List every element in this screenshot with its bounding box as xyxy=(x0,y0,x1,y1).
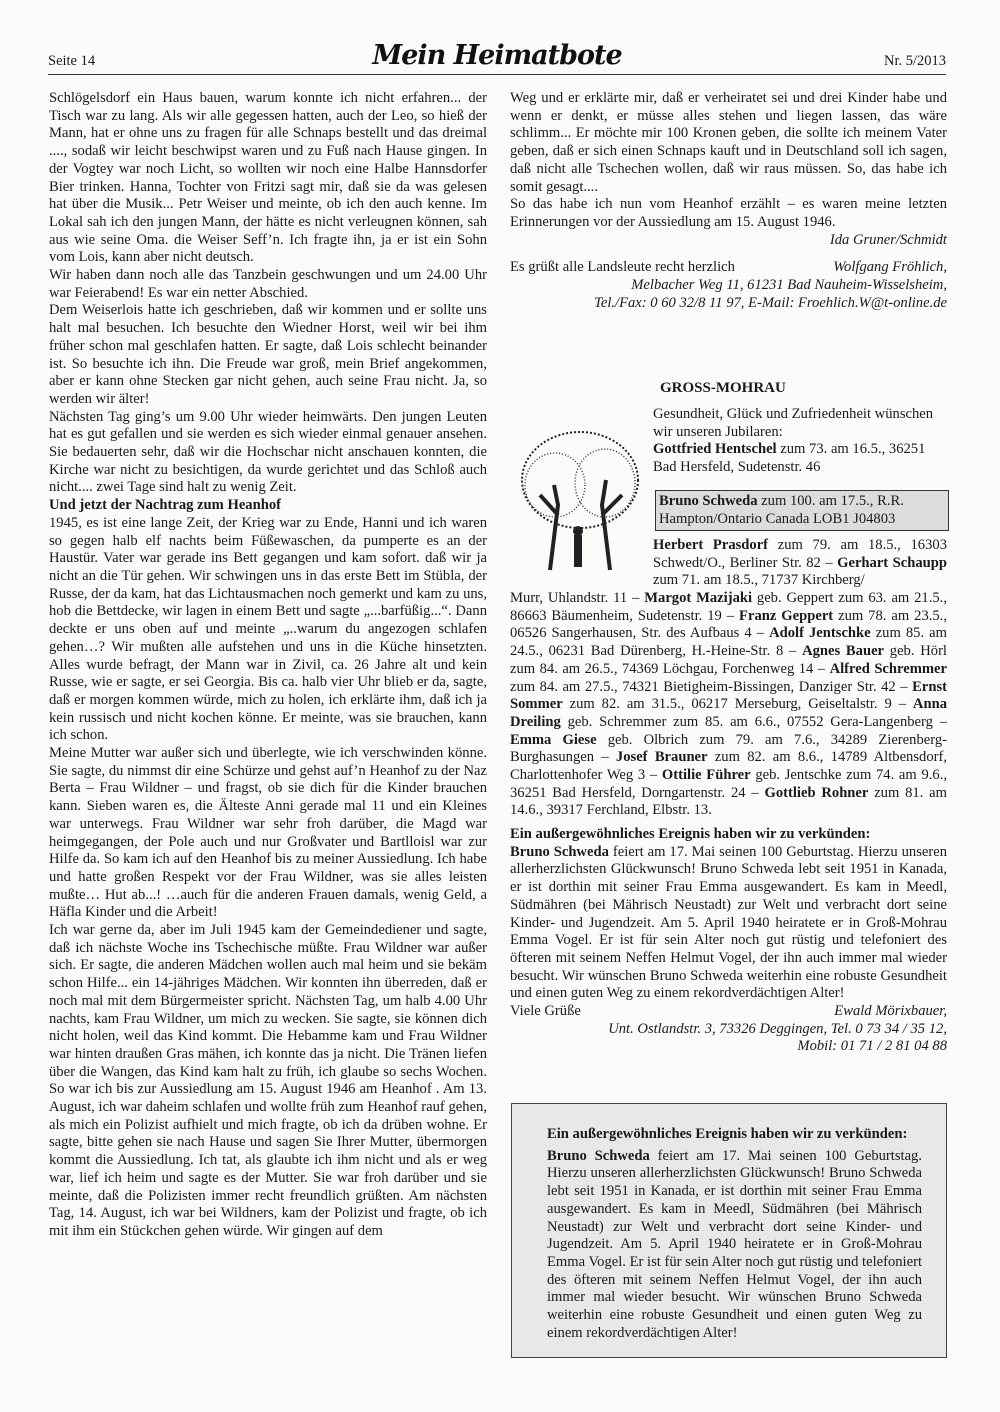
issue-number: Nr. 5/2013 xyxy=(884,53,946,70)
jubilar-name: Gottfried Hentschel xyxy=(653,441,777,457)
jubilar-details: zum 82. am 31.5., 06217 Merseburg, Geise… xyxy=(563,696,913,712)
right-column-article: Weg und er erklärte mir, daß er verheira… xyxy=(510,90,947,312)
article-paragraph: Nächsten Tag ging’s um 9.00 Uhr wieder h… xyxy=(49,409,487,498)
event-person-name: Bruno Schweda xyxy=(510,844,609,860)
article-paragraph: Dem Weiserlois hatte ich geschrieben, da… xyxy=(49,302,487,408)
event-heading: Ein außergewöhnliches Ereignis haben wir… xyxy=(510,826,947,844)
jubilar-name: Alfred Schremmer xyxy=(830,661,947,677)
article-paragraph: 1945, es ist eine lange Zeit, der Krieg … xyxy=(49,515,487,745)
jubilar-details: Murr, Uhlandstr. 11 – xyxy=(510,590,644,606)
greeting-contact: Tel./Fax: 0 60 32/8 11 97, E-Mail: Froeh… xyxy=(510,295,947,313)
jubilee-list: Murr, Uhlandstr. 11 – Margot Mazijaki ge… xyxy=(510,590,947,820)
event-signer-address: Unt. Ostlandstr. 3, 73326 Deggingen, Tel… xyxy=(510,1021,947,1039)
highlighted-jubilar-box: Bruno Schweda zum 100. am 17.5., R.R. Ha… xyxy=(655,490,949,531)
page-number: Seite 14 xyxy=(48,53,95,70)
article-paragraph: Schlögelsdorf ein Haus bauen, warum konn… xyxy=(49,90,487,267)
article-paragraph: Ich war gerne da, aber im Juli 1945 kam … xyxy=(49,922,487,1241)
jubilar-name: Franz Geppert xyxy=(739,608,833,624)
article-continuation: Weg und er erklärte mir, daß er verheira… xyxy=(510,90,947,196)
tree-illustration-icon xyxy=(510,425,650,575)
section-title: GROSS-MOHRAU xyxy=(660,380,786,398)
event-announcement: Ein außergewöhnliches Ereignis haben wir… xyxy=(510,826,947,1056)
greeting-name: Wolfgang Fröhlich, xyxy=(833,259,947,277)
jubilar-details: zum 84. am 27.5., 74321 Bietigheim-Bissi… xyxy=(510,679,912,695)
boxed-notice-heading: Ein außergewöhnliches Ereignis haben wir… xyxy=(547,1126,922,1144)
jubilar-details: geb. Schremmer zum 85. am 6.6., 07552 Ge… xyxy=(561,714,947,730)
jubilee-intro: Gesundheit, Glück und Zufriedenheit wüns… xyxy=(653,406,947,477)
jubilar-name: Adolf Jentschke xyxy=(769,625,871,641)
greeting-text: Es grüßt alle Landsleute recht herzlich xyxy=(510,259,735,277)
article-closing: So das habe ich nun vom Heanhof erzählt … xyxy=(510,196,947,231)
jubilar-name: Margot Mazijaki xyxy=(644,590,752,606)
jubilar-details: zum 71. am 18.5., 71737 Kirchberg/ xyxy=(653,572,865,588)
event-signer-mobile: Mobil: 01 71 / 2 81 04 88 xyxy=(510,1038,947,1056)
article-subheading: Und jetzt der Nachtrag zum Heanhof xyxy=(49,497,487,515)
jubilar-name: Gottlieb Rohner xyxy=(764,785,868,801)
greeting-address: Melbacher Weg 11, 61231 Bad Nauheim-Wiss… xyxy=(510,277,947,295)
jubilee-intro-text: Gesundheit, Glück und Zufriedenheit wüns… xyxy=(653,406,947,441)
jubilee-entries: Herbert Prasdorf zum 79. am 18.5., 16303… xyxy=(653,537,947,590)
masthead-logo: Mein Heimatbote xyxy=(372,40,621,71)
article-paragraph: Wir haben dann noch alle das Tanzbein ge… xyxy=(49,267,487,302)
boxed-notice-person-name: Bruno Schweda xyxy=(547,1148,650,1164)
jubilar-name: Josef Brauner xyxy=(616,749,708,765)
jubilar-name: Herbert Prasdorf xyxy=(653,537,768,553)
event-body: feiert am 17. Mai seinen 100 Geburtstag.… xyxy=(510,844,947,1002)
jubilar-name: Bruno Schweda xyxy=(659,493,758,509)
jubilar-name: Agnes Bauer xyxy=(802,643,884,659)
boxed-notice: Ein außergewöhnliches Ereignis haben wir… xyxy=(511,1103,947,1358)
jubilar-name: Gerhart Schaupp xyxy=(837,555,947,571)
jubilar-name: Emma Giese xyxy=(510,732,597,748)
article-author: Ida Gruner/Schmidt xyxy=(510,232,947,250)
jubilar-name: Ottilie Führer xyxy=(662,767,751,783)
page-header: Seite 14 Mein Heimatbote Nr. 5/2013 xyxy=(48,20,946,75)
event-greeting: Viele Grüße xyxy=(510,1003,581,1021)
left-column-article: Schlögelsdorf ein Haus bauen, warum konn… xyxy=(49,90,487,1241)
event-signer: Ewald Mörixbauer, xyxy=(834,1003,947,1021)
greeting-block: Es grüßt alle Landsleute recht herzlich … xyxy=(510,259,947,312)
article-paragraph: Meine Mutter war außer sich und überlegt… xyxy=(49,745,487,922)
boxed-notice-body: feiert am 17. Mai seinen 100 Geburtstag.… xyxy=(547,1148,922,1341)
